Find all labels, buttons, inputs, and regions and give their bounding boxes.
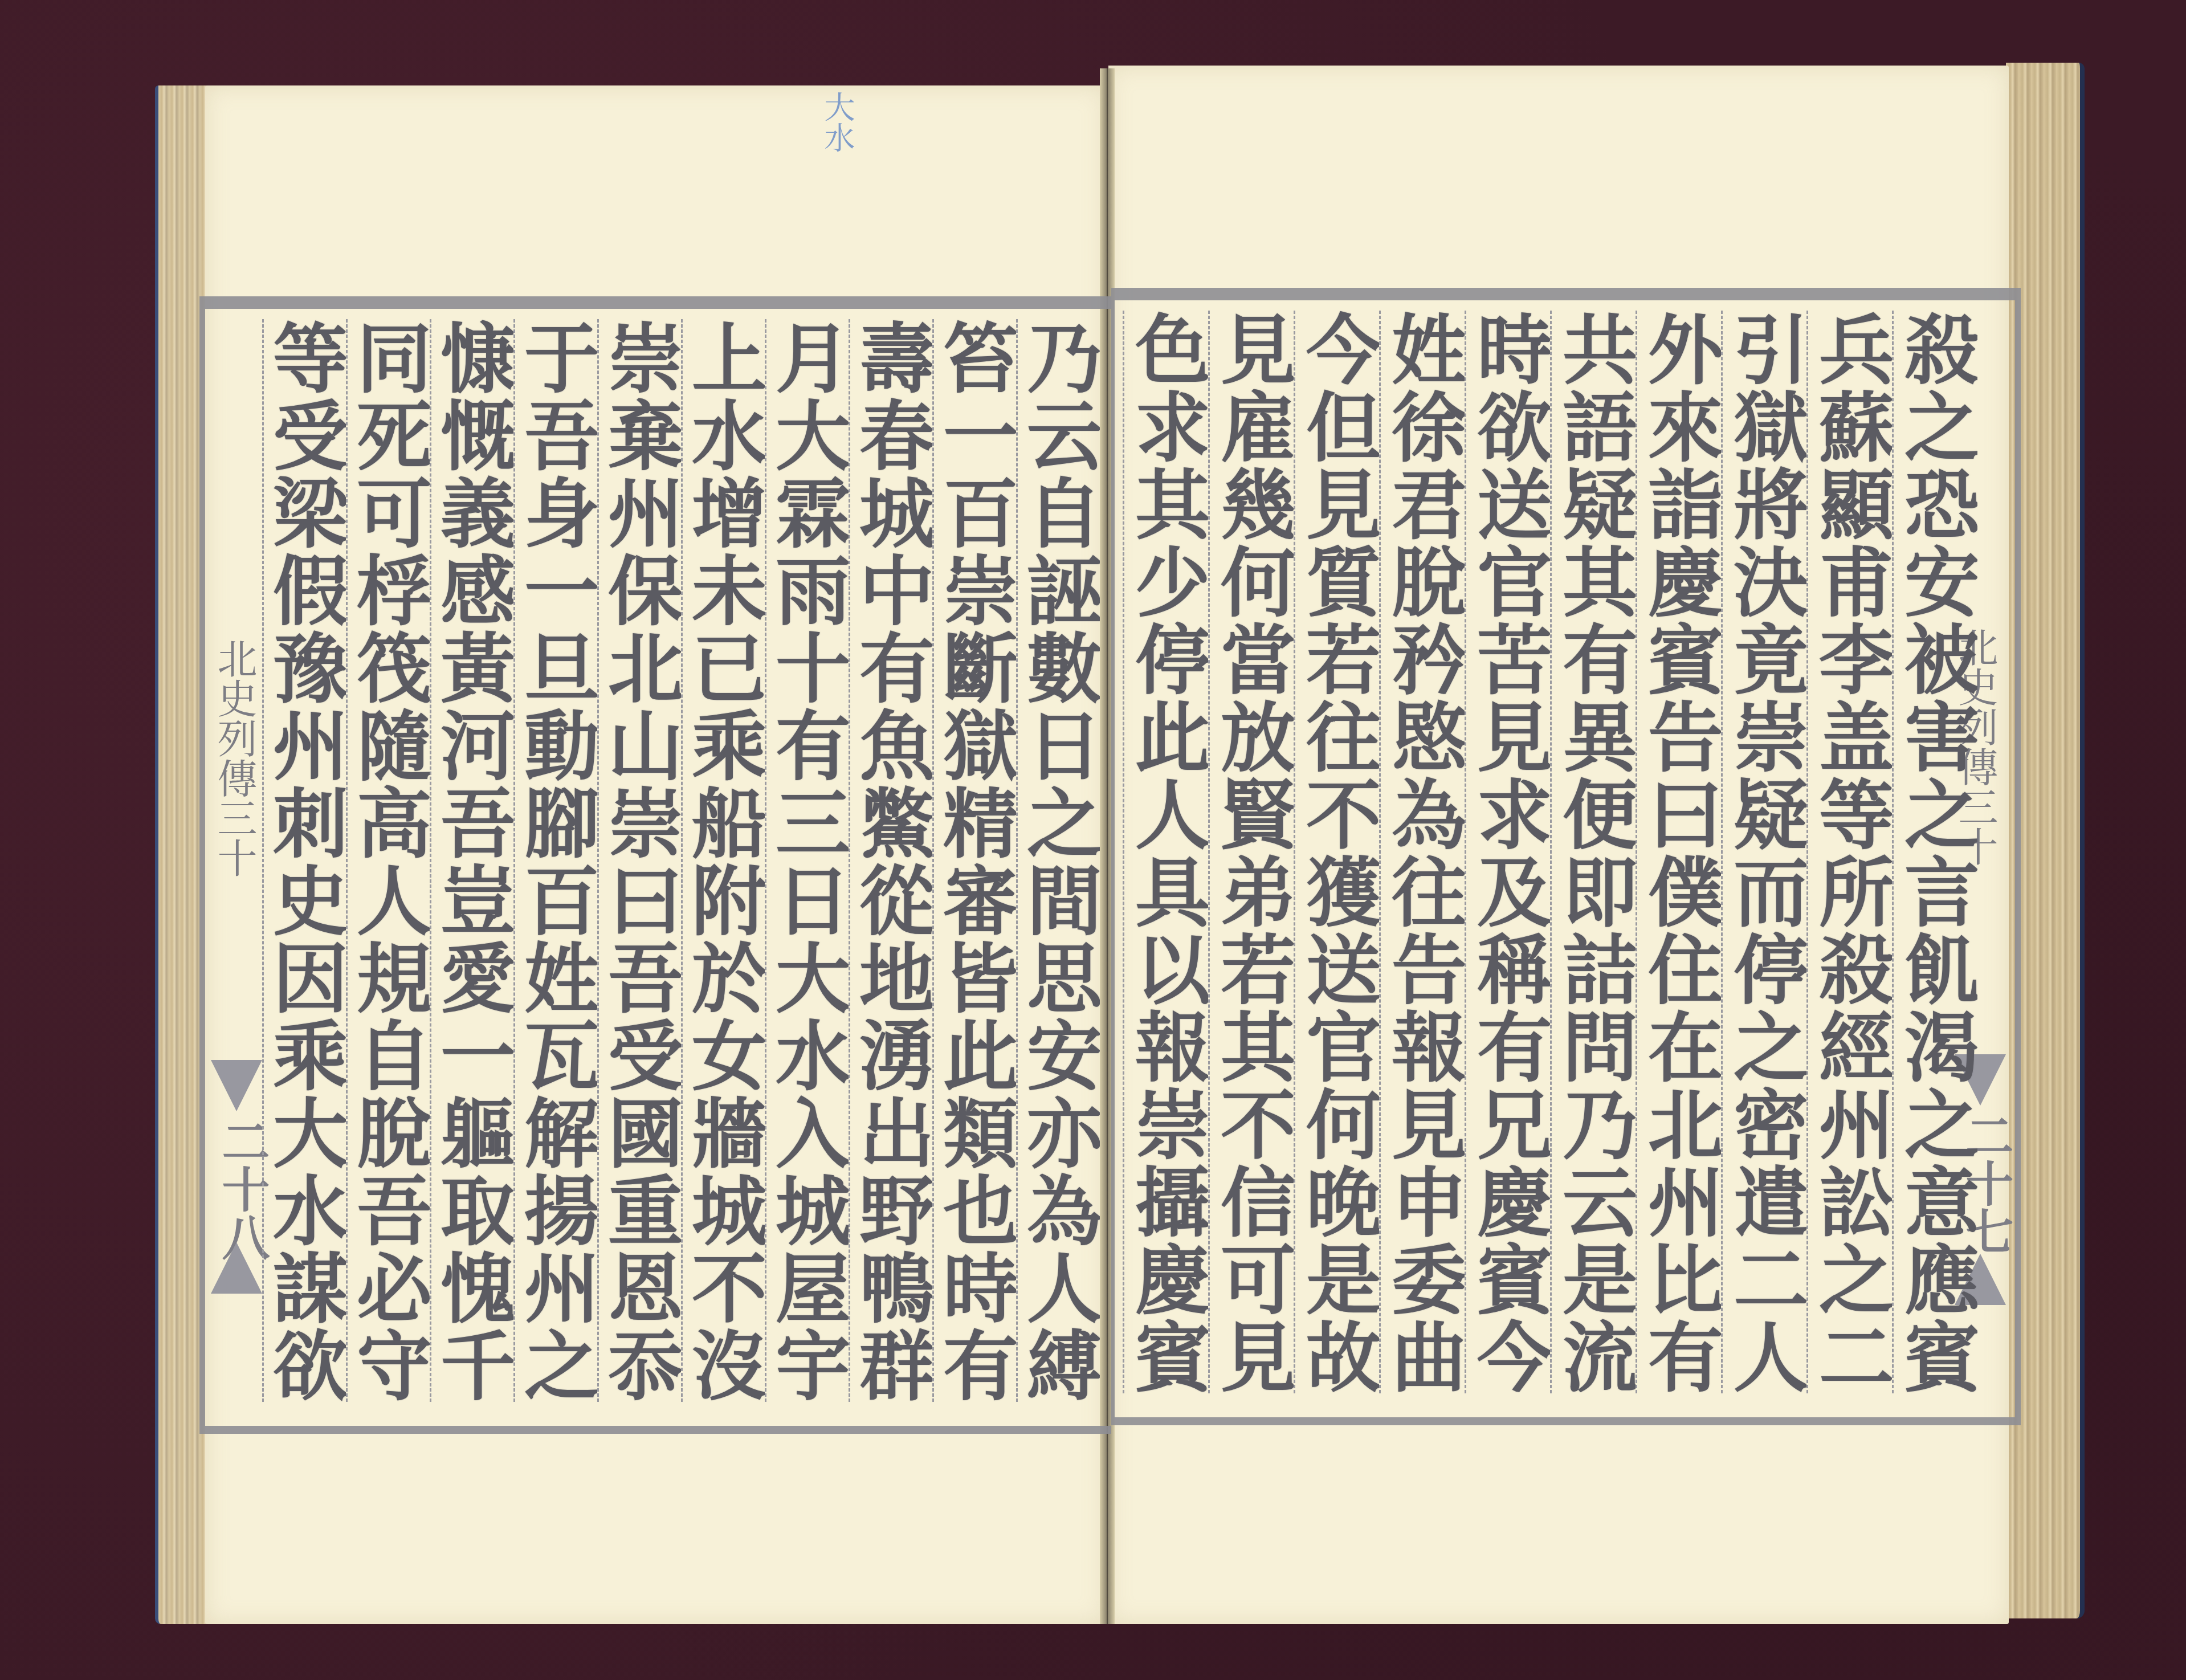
text-column: 于吾身一旦動腳百姓瓦解揚州之地恐非國物昔王尊 [513,319,597,1402]
text-column: 兵蘇顯甫李盖等所殺經州訟之二人不勝楚毒各自款 [1806,311,1892,1393]
text-column: 笞一百崇斷獄精審皆此類也時有泉水湧於八公山頂 [932,319,1016,1402]
text-column: 色求其少停此人具以報崇攝慶賓問之伏引叟問蓋等 [1123,311,1208,1393]
text-column: 外來詣慶賓告曰僕住在北州比有一人見過寄宿夜中 [1636,311,1721,1393]
text-column: 上水增未已乘船附於女牆城不沒者二版而已州府勸 [681,319,765,1402]
text-column: 崇棄州保北山崇曰吾受國重恩忝守藩岳淮南萬里繫 [597,319,681,1402]
text-column: 共語疑其有異便即詰問乃云是流兵背役姓解字思安 [1550,311,1636,1393]
text-column: 殺之恐安被害之言飢渴之意應賓又與張同軍 [1892,311,1977,1393]
text-column: 慷慨義感黃河吾豈愛一軀取愧千載但憐茲士庶無辜 [430,319,513,1402]
text-column: 今但見質若往不獲送官何晚是故拘造指申此意君欲 [1294,311,1379,1393]
text-column: 引獄將決竟崇疑而停之密遣二人非州內所識者偽從 [1721,311,1806,1393]
text-column: 乃云自誣數日之間思安亦為人縛送崇召女巫視之鞭 [1016,319,1100,1402]
left-fishtail-top-icon [211,1060,262,1111]
handwritten-annotation: 大水 [821,91,855,153]
text-column: 壽春城中有魚鱉從地湧出野鴨群飛入城與鵲爭巢五 [849,319,932,1402]
left-page-number: 二十八 [217,1117,268,1261]
text-column: 月大霖雨十有三日大水入城屋宇皆沒崇與兵泊於城 [765,319,849,1402]
text-column: 等受梁假豫州刺史因乘大水謀欲為亂崇皆擊滅之文 [262,319,346,1402]
book-spread: 大水 北史列傳三十 二十八 北史列傳三十 二十七 乃云自誣數日之間思安亦為人縛送… [0,0,2186,1680]
text-column: 時欲送官苦見求及稱有兄慶賓今任揚州相國城內嫂 [1465,311,1550,1393]
left-page-text: 乃云自誣數日之間思安亦為人縛送崇召女巫視之鞭 笞一百崇斷獄精審皆此類也時有泉水湧… [262,319,1100,1402]
text-column: 姓徐君脫矜愍為往告報見申委曲家兄聞此必重相報 [1379,311,1465,1393]
left-fishtail-bottom-icon [211,1242,262,1294]
text-column: 見雇幾何當放賢弟若其不信可見隨看之慶賓悵然失 [1208,311,1294,1393]
left-margin-title: 北史列傳三十 [208,331,259,1185]
right-page-text: 殺之恐安被害之言飢渴之意應賓又與張同軍 兵蘇顯甫李盖等所殺經州訟之二人不勝楚毒各… [1123,311,1977,1393]
text-column: 同死可桴筏隨高人規自脫吾必守死此城時州人裴絢 [346,319,430,1402]
